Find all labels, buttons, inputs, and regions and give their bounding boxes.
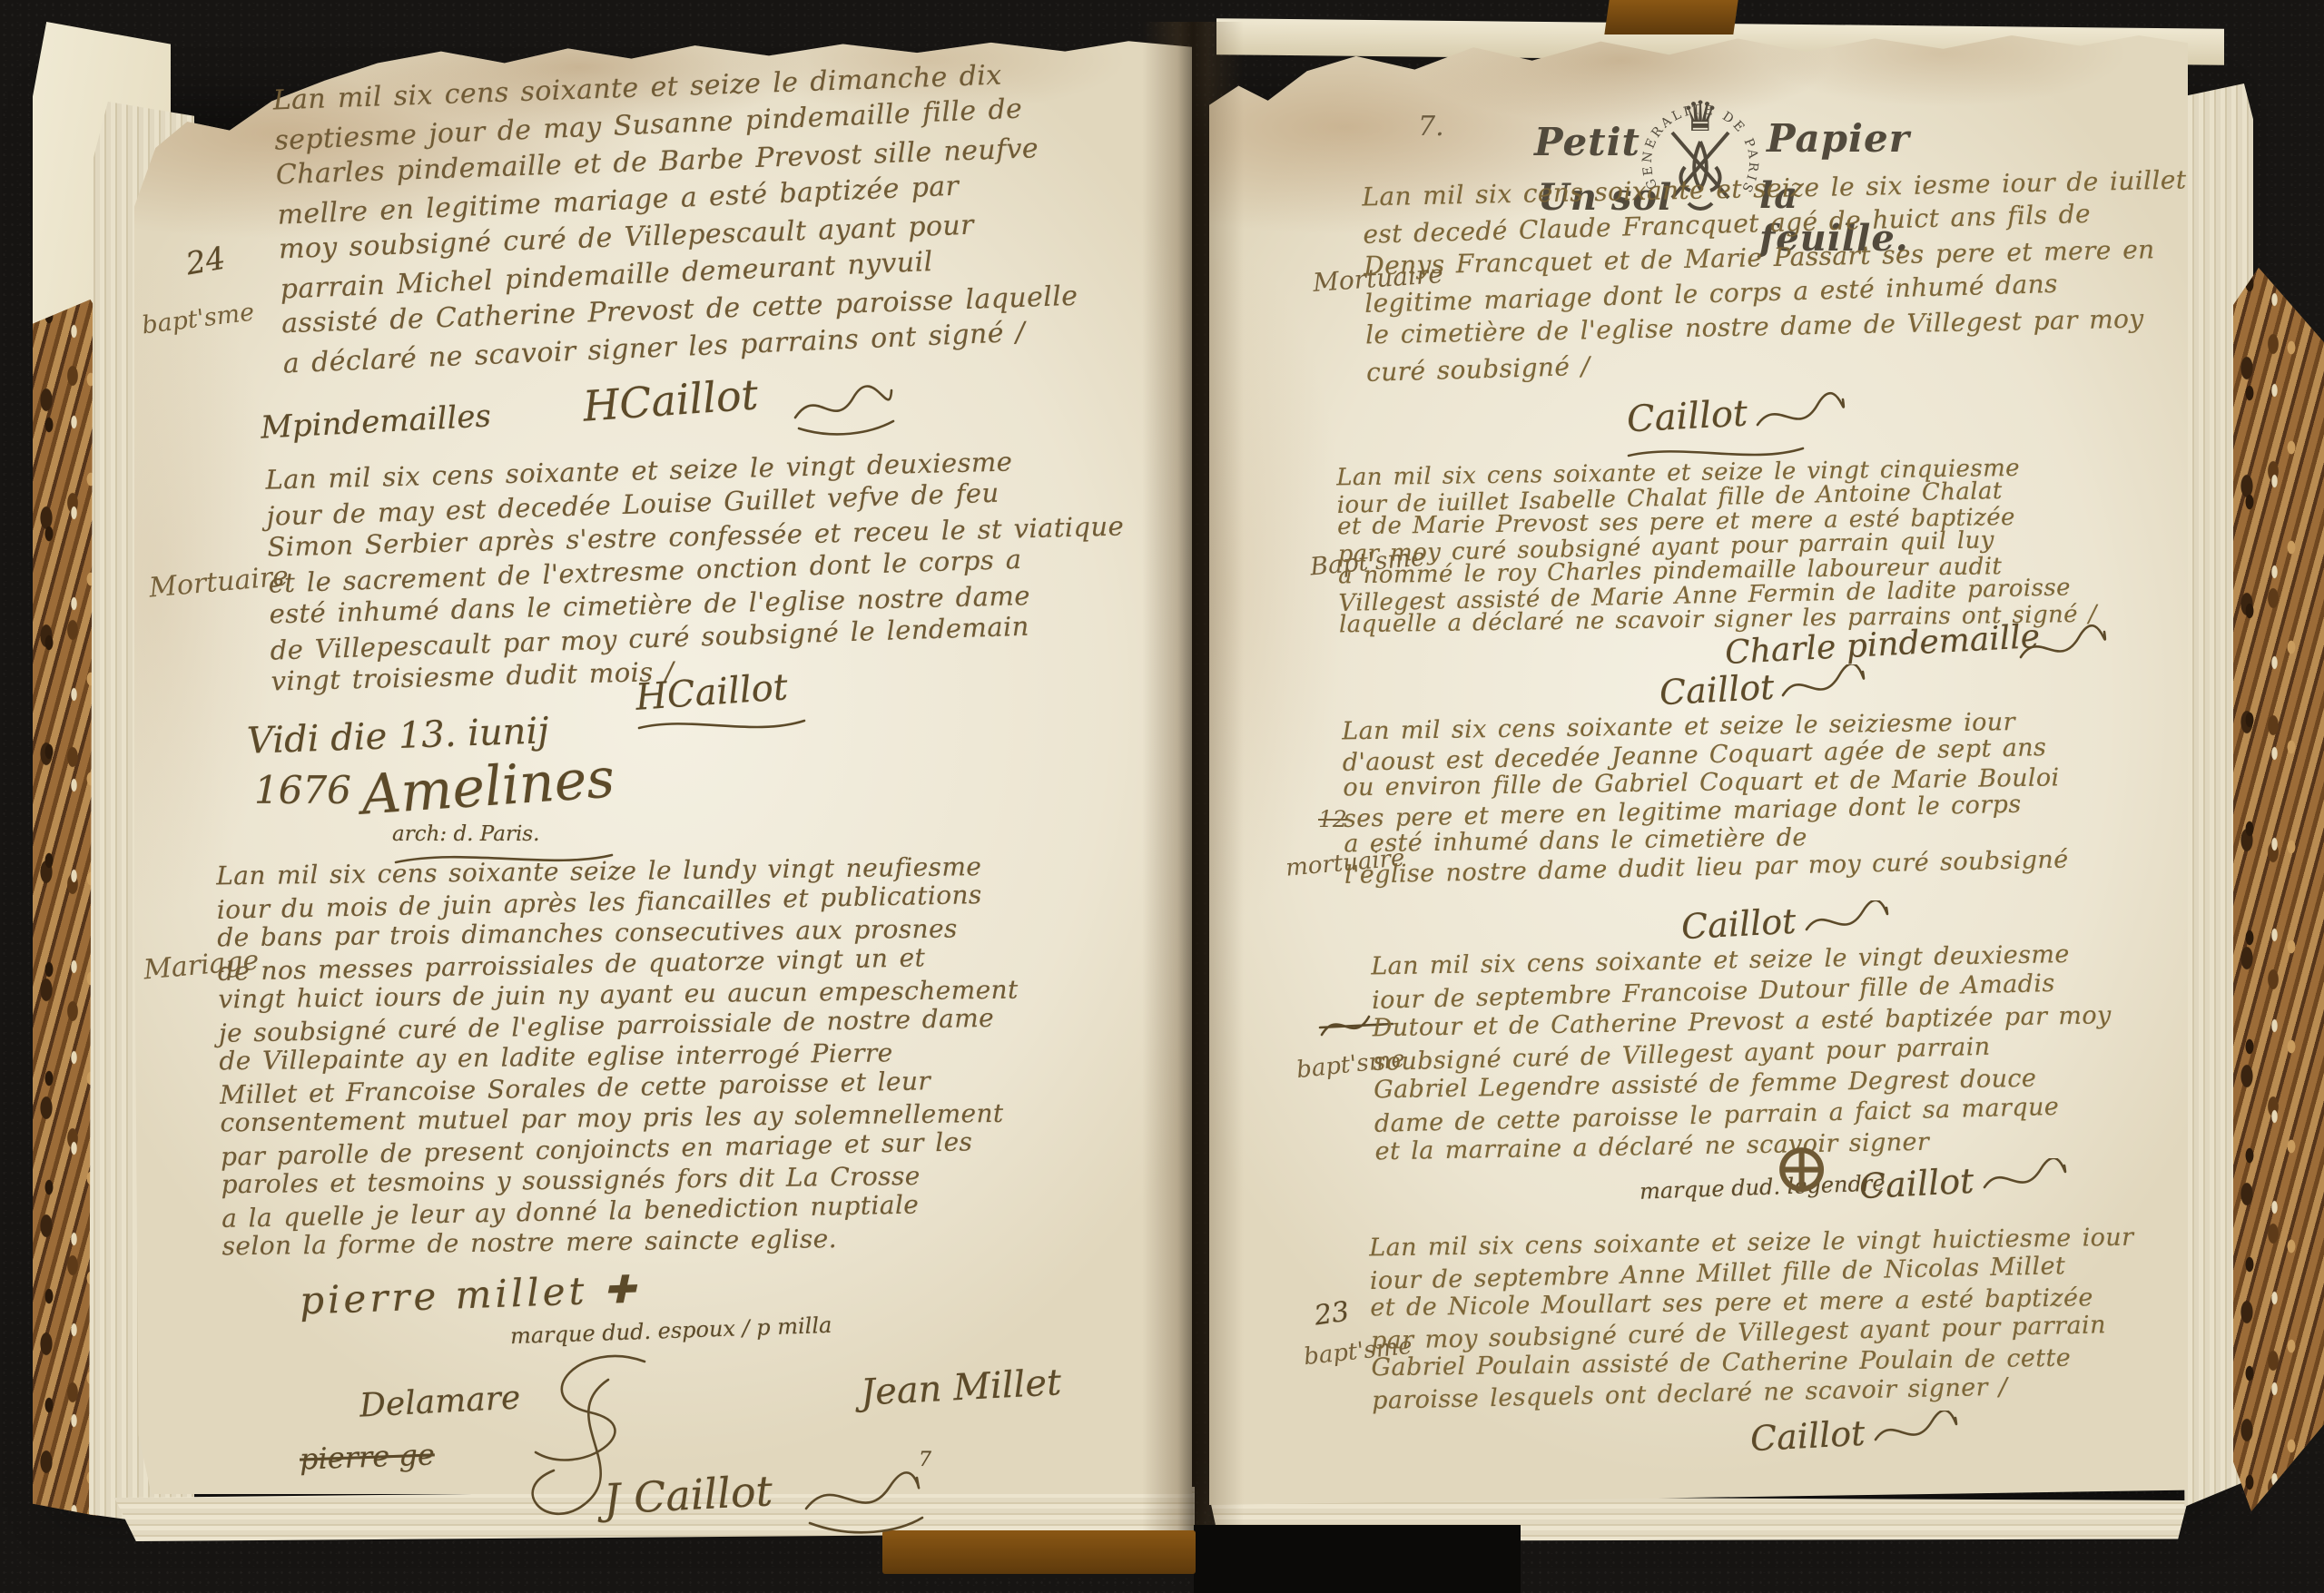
paraph-flourish-icon xyxy=(2015,624,2115,675)
photograph-of-parish-register: 24 bapt'sme Mortuaire Mariage Lan mil si… xyxy=(0,0,2324,1593)
signature-caillot-r5: Caillot xyxy=(1749,1413,1866,1460)
signature-underline-flourish-icon xyxy=(635,713,808,737)
right-margin-paraph-23: 23 xyxy=(1313,1296,1352,1332)
right-record-2-baptism-text: Lan mil six cens soixante et seize le vi… xyxy=(1336,453,2156,639)
paraph-flourish-icon xyxy=(1779,664,1870,715)
stamp-word-petit: Petit xyxy=(1534,120,1640,164)
spine-bottom-shadow xyxy=(1194,1525,1521,1593)
left-record-3-marriage-text: Lan mil six cens soixante seize le lundy… xyxy=(216,850,1039,1264)
signature-caillot-r1: Caillot xyxy=(1626,393,1748,441)
leather-spine-top xyxy=(1604,0,1738,34)
witness-cross-in-circle-mark: ⊕ xyxy=(1772,1133,1831,1204)
stamp-word-papier: Papier xyxy=(1767,116,1910,161)
signature-caillot-r2: Caillot xyxy=(1659,667,1775,713)
left-margin-paraph-24: 24 xyxy=(183,241,229,283)
left-record-2-burial-text: Lan mil six cens soixante et seize le vi… xyxy=(265,445,998,700)
visa-subscript: arch: d. Paris. xyxy=(392,822,539,846)
signature-caillot-r3: Caillot xyxy=(1680,901,1797,948)
right-record-1-burial-text: Lan mil six cens soixante et seize le si… xyxy=(1362,162,2165,388)
page-number: 7. xyxy=(1418,111,1444,143)
paraph-flourish-icon xyxy=(790,381,899,436)
signature-caillot-r4: Caillot xyxy=(1858,1161,1974,1207)
paraph-flourish-icon xyxy=(1872,1411,1963,1460)
right-record-5-baptism-text: Lan mil six cens soixante et seize le vi… xyxy=(1369,1220,2189,1414)
stamp-crown-glyph: ♛ xyxy=(1681,92,1718,141)
paraph-flourish-icon xyxy=(1752,390,1852,445)
visa-year: 1676 xyxy=(254,768,351,812)
paraph-flourish-icon xyxy=(799,1463,926,1536)
signature-struck-pierre: pierre ge xyxy=(299,1437,435,1476)
signature-j-caillot: J Caillot xyxy=(603,1466,774,1524)
left-record-1-baptism-text: Lan mil six cens soixante et seize le di… xyxy=(272,54,1046,381)
leather-spine-bottom xyxy=(882,1530,1196,1574)
left-page-foot-mark: 7 xyxy=(919,1449,931,1471)
right-marbled-cover-paper xyxy=(2233,268,2324,1511)
paraph-flourish-icon xyxy=(1981,1158,2072,1207)
right-record-3-burial-text: Lan mil six cens soixante et seize le se… xyxy=(1342,704,2162,888)
gutter-shadow xyxy=(1142,22,1244,1547)
